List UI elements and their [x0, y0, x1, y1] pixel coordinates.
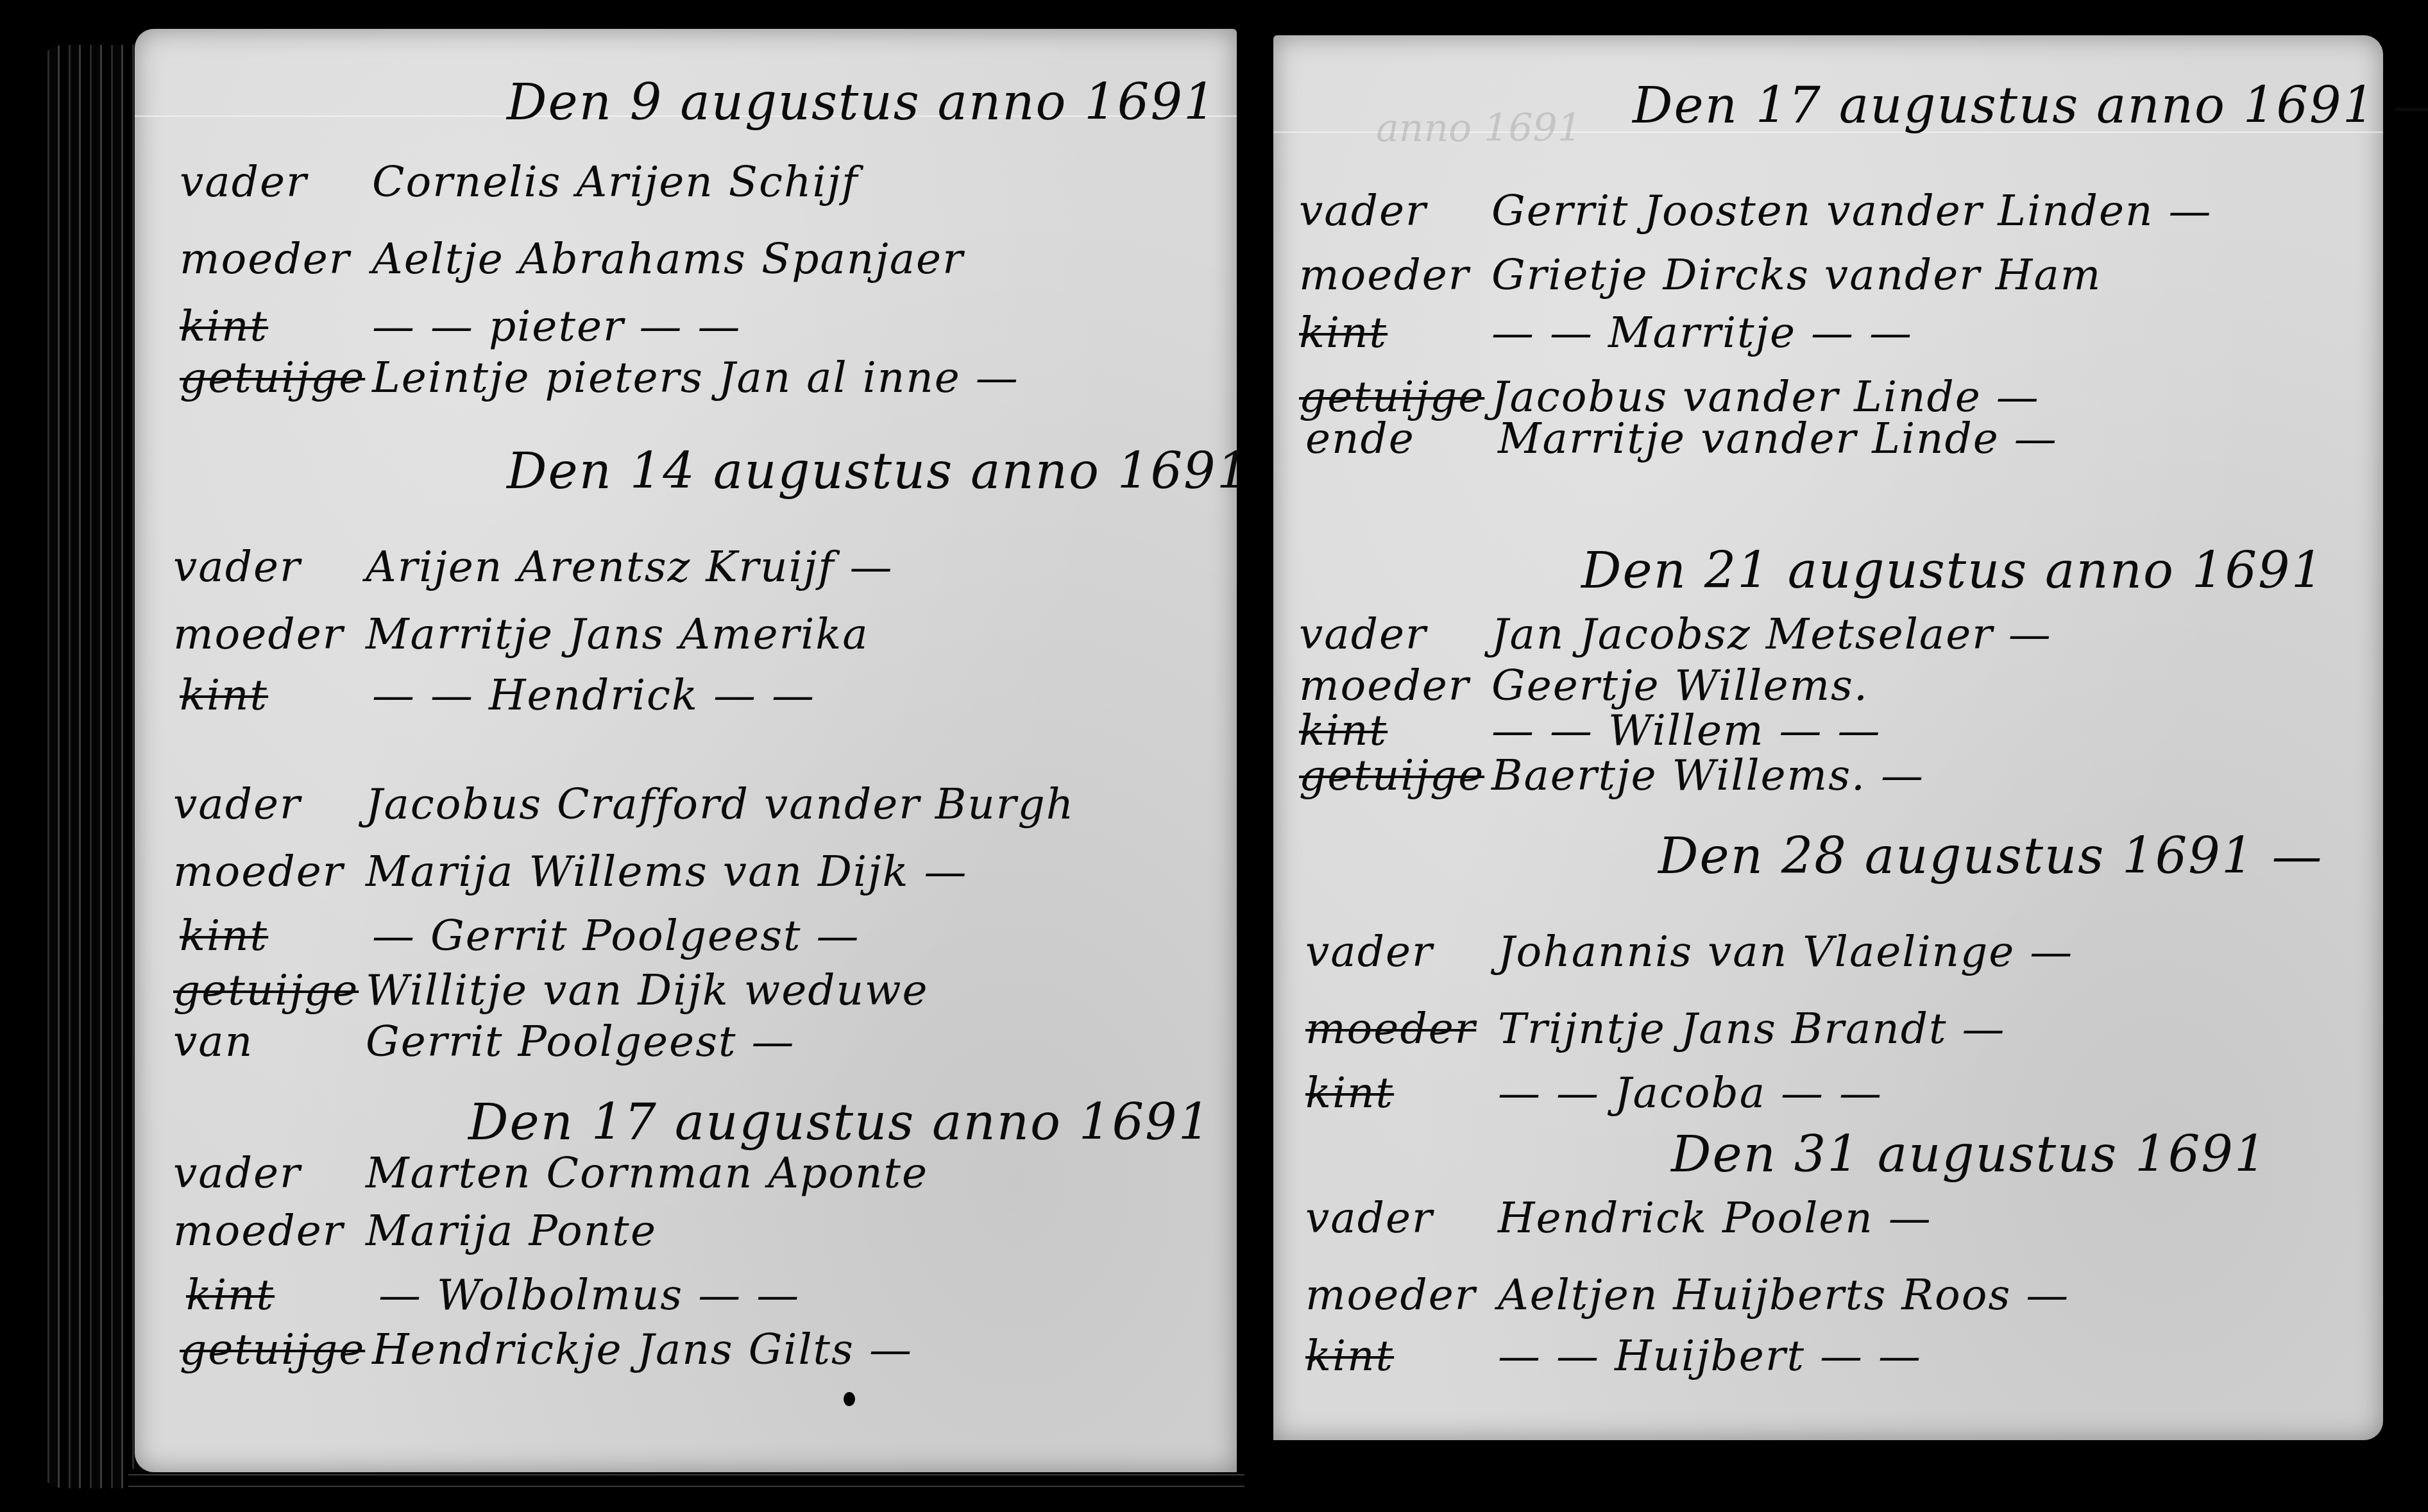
entry-date: Den 14 augustus anno 1691 [507, 443, 1250, 500]
row-value: Marija Ponte [366, 1206, 657, 1255]
entry-row-vader: vaderGerrit Joosten vander Linden — [1299, 186, 2212, 235]
row-value: Marten Cornman Aponte [366, 1148, 928, 1198]
book-page-edges [38, 45, 148, 1488]
row-label: moeder [173, 609, 366, 659]
entry-row-moeder: moederGeertje Willems. [1299, 661, 1869, 710]
row-label: kint [1305, 1331, 1498, 1380]
row-label: kint [1299, 706, 1491, 755]
row-label: vader [173, 542, 366, 591]
row-label: moeder [180, 234, 372, 284]
row-label: vader [173, 779, 366, 829]
entry-row-moeder: moederAeltjen Huijberts Roos — [1305, 1270, 2069, 1320]
row-value: Hendrickje Jans Gilts — [372, 1325, 913, 1374]
row-label: kint [1305, 1068, 1498, 1117]
row-label: vader [1299, 609, 1491, 659]
right-page: anno 1691 Den 17 augustus anno 1691 — va… [1273, 35, 2383, 1440]
row-value: Cornelis Arijen Schijf [372, 157, 858, 207]
entry-row-vader: vaderHendrick Poolen — [1305, 1193, 1932, 1243]
entry-date: Den 21 augustus anno 1691 [1581, 542, 2324, 600]
row-value: — — Marritje — — [1491, 308, 1913, 357]
row-label: vader [1305, 1193, 1498, 1243]
row-label: moeder [173, 847, 366, 896]
row-label: moeder [1305, 1270, 1498, 1320]
entry-row-kint: kint— — Marritje — — [1299, 308, 1913, 357]
row-value: — — pieter — — [372, 302, 741, 351]
entry-row-vader: vaderMarten Cornman Aponte [173, 1148, 928, 1198]
row-label: kint [180, 670, 372, 720]
entry-row-vader: vaderJohannis van Vlaelinge — [1305, 927, 2073, 976]
entry-row-moeder: moederAeltje Abrahams Spanjaer [180, 234, 964, 284]
entry-row-moeder: moederGrietje Dircks vander Ham [1299, 250, 2101, 300]
row-label: van [173, 1017, 366, 1066]
row-value: Hendrick Poolen — [1498, 1193, 1932, 1243]
row-value: Gerrit Joosten vander Linden — [1491, 186, 2212, 235]
row-label: getuijge [180, 1325, 372, 1374]
entry-row-vader: vaderCornelis Arijen Schijf [180, 157, 858, 207]
entry-row-getuijge: getuijgeWillitje van Dijk weduwe [173, 965, 929, 1015]
bleed-through-text: anno 1691 [1376, 106, 1582, 151]
row-value: Geertje Willems. [1491, 661, 1869, 710]
entry-row-moeder: moederMarija Ponte [173, 1206, 657, 1255]
entry-row-kint: kint— — Willem — — [1299, 706, 1881, 755]
entry-row-kint: kint— — pieter — — [180, 302, 741, 351]
book-bottom-edges [128, 1469, 1244, 1495]
entry-row-getuijge: getuijgeHendrickje Jans Gilts — [180, 1325, 913, 1374]
row-label: getuijge [173, 965, 366, 1015]
row-value: Leintje pieters Jan al inne — [372, 353, 1019, 402]
entry-row-kint: kint— — Jacoba — — [1305, 1068, 1883, 1117]
entry-date: Den 9 augustus anno 1691 [507, 74, 1217, 132]
row-label: getuijge [180, 353, 372, 402]
row-value: Jacobus Crafford vander Burgh [366, 779, 1074, 829]
row-label: vader [1305, 927, 1498, 976]
row-label: getuijge [1299, 751, 1491, 800]
entry-row-van: vanGerrit Poolgeest — [173, 1017, 795, 1066]
row-label: moeder [173, 1206, 366, 1255]
row-label: kint [1299, 308, 1491, 357]
entry-row-vader: vaderArijen Arentsz Kruijf — [173, 542, 894, 591]
row-label: moeder [1299, 250, 1491, 300]
row-label: moeder [1299, 661, 1491, 710]
row-value: — Wolbolmus — — [378, 1270, 800, 1320]
row-label: kint [180, 911, 372, 960]
row-value: Jan Jacobsz Metselaer — [1491, 609, 2052, 659]
row-value: — — Huijbert — — [1498, 1331, 1922, 1380]
left-page: Den 9 augustus anno 1691 vaderCornelis A… [135, 29, 1237, 1472]
row-label: moeder [1305, 1004, 1498, 1053]
row-value: Aeltjen Huijberts Roos — [1498, 1270, 2069, 1320]
row-label: vader [1299, 186, 1491, 235]
row-value: Marritje vander Linde — [1498, 414, 2058, 463]
row-value: Willitje van Dijk weduwe [366, 965, 929, 1015]
ink-dot [844, 1392, 855, 1406]
row-value: Arijen Arentsz Kruijf — [366, 542, 894, 591]
entry-row-vader: vaderJan Jacobsz Metselaer — [1299, 609, 2052, 659]
row-value: Trijntje Jans Brandt — [1498, 1004, 2006, 1053]
row-label: kint [180, 302, 372, 351]
entry-row-moeder: moederTrijntje Jans Brandt — [1305, 1004, 2006, 1053]
row-label: kint [186, 1270, 378, 1320]
entry-row-kint: kint— Wolbolmus — — [186, 1270, 800, 1320]
entry-row-vader: vaderJacobus Crafford vander Burgh [173, 779, 1074, 829]
row-value: Aeltje Abrahams Spanjaer [372, 234, 964, 284]
entry-row-kint: kint— — Hendrick — — [180, 670, 815, 720]
entry-row-getuijge: getuijgeLeintje pieters Jan al inne — [180, 353, 1019, 402]
entry-row-getuijge: getuijgeBaertje Willems. — [1299, 751, 1924, 800]
row-label: ende [1305, 414, 1498, 463]
entry-row-ende: endeMarritje vander Linde — [1305, 414, 2058, 463]
entry-row-kint: kint— Gerrit Poolgeest — [180, 911, 860, 960]
row-value: — Gerrit Poolgeest — [372, 911, 860, 960]
entry-date: Den 28 augustus 1691 — [1658, 828, 2323, 885]
entry-row-moeder: moederMarija Willems van Dijk — [173, 847, 967, 896]
entry-row-kint: kint— — Huijbert — — [1305, 1331, 1922, 1380]
row-value: Marija Willems van Dijk — [366, 847, 967, 896]
entry-row-moeder: moederMarritje Jans Amerika [173, 609, 869, 659]
row-value: Marritje Jans Amerika [366, 609, 869, 659]
entry-date: Den 17 augustus anno 1691 — [1633, 77, 2428, 135]
row-value: Johannis van Vlaelinge — [1498, 927, 2073, 976]
entry-date: Den 17 augustus anno 1691 [468, 1094, 1211, 1151]
row-value: — — Hendrick — — [372, 670, 815, 720]
row-value: Grietje Dircks vander Ham [1491, 250, 2101, 300]
row-value: — — Jacoba — — [1498, 1068, 1883, 1117]
entry-date: Den 31 augustus 1691 [1671, 1126, 2268, 1184]
row-value: — — Willem — — [1491, 706, 1881, 755]
row-label: vader [173, 1148, 366, 1198]
row-value: Gerrit Poolgeest — [366, 1017, 795, 1066]
row-label: vader [180, 157, 372, 207]
row-value: Baertje Willems. — [1491, 751, 1924, 800]
